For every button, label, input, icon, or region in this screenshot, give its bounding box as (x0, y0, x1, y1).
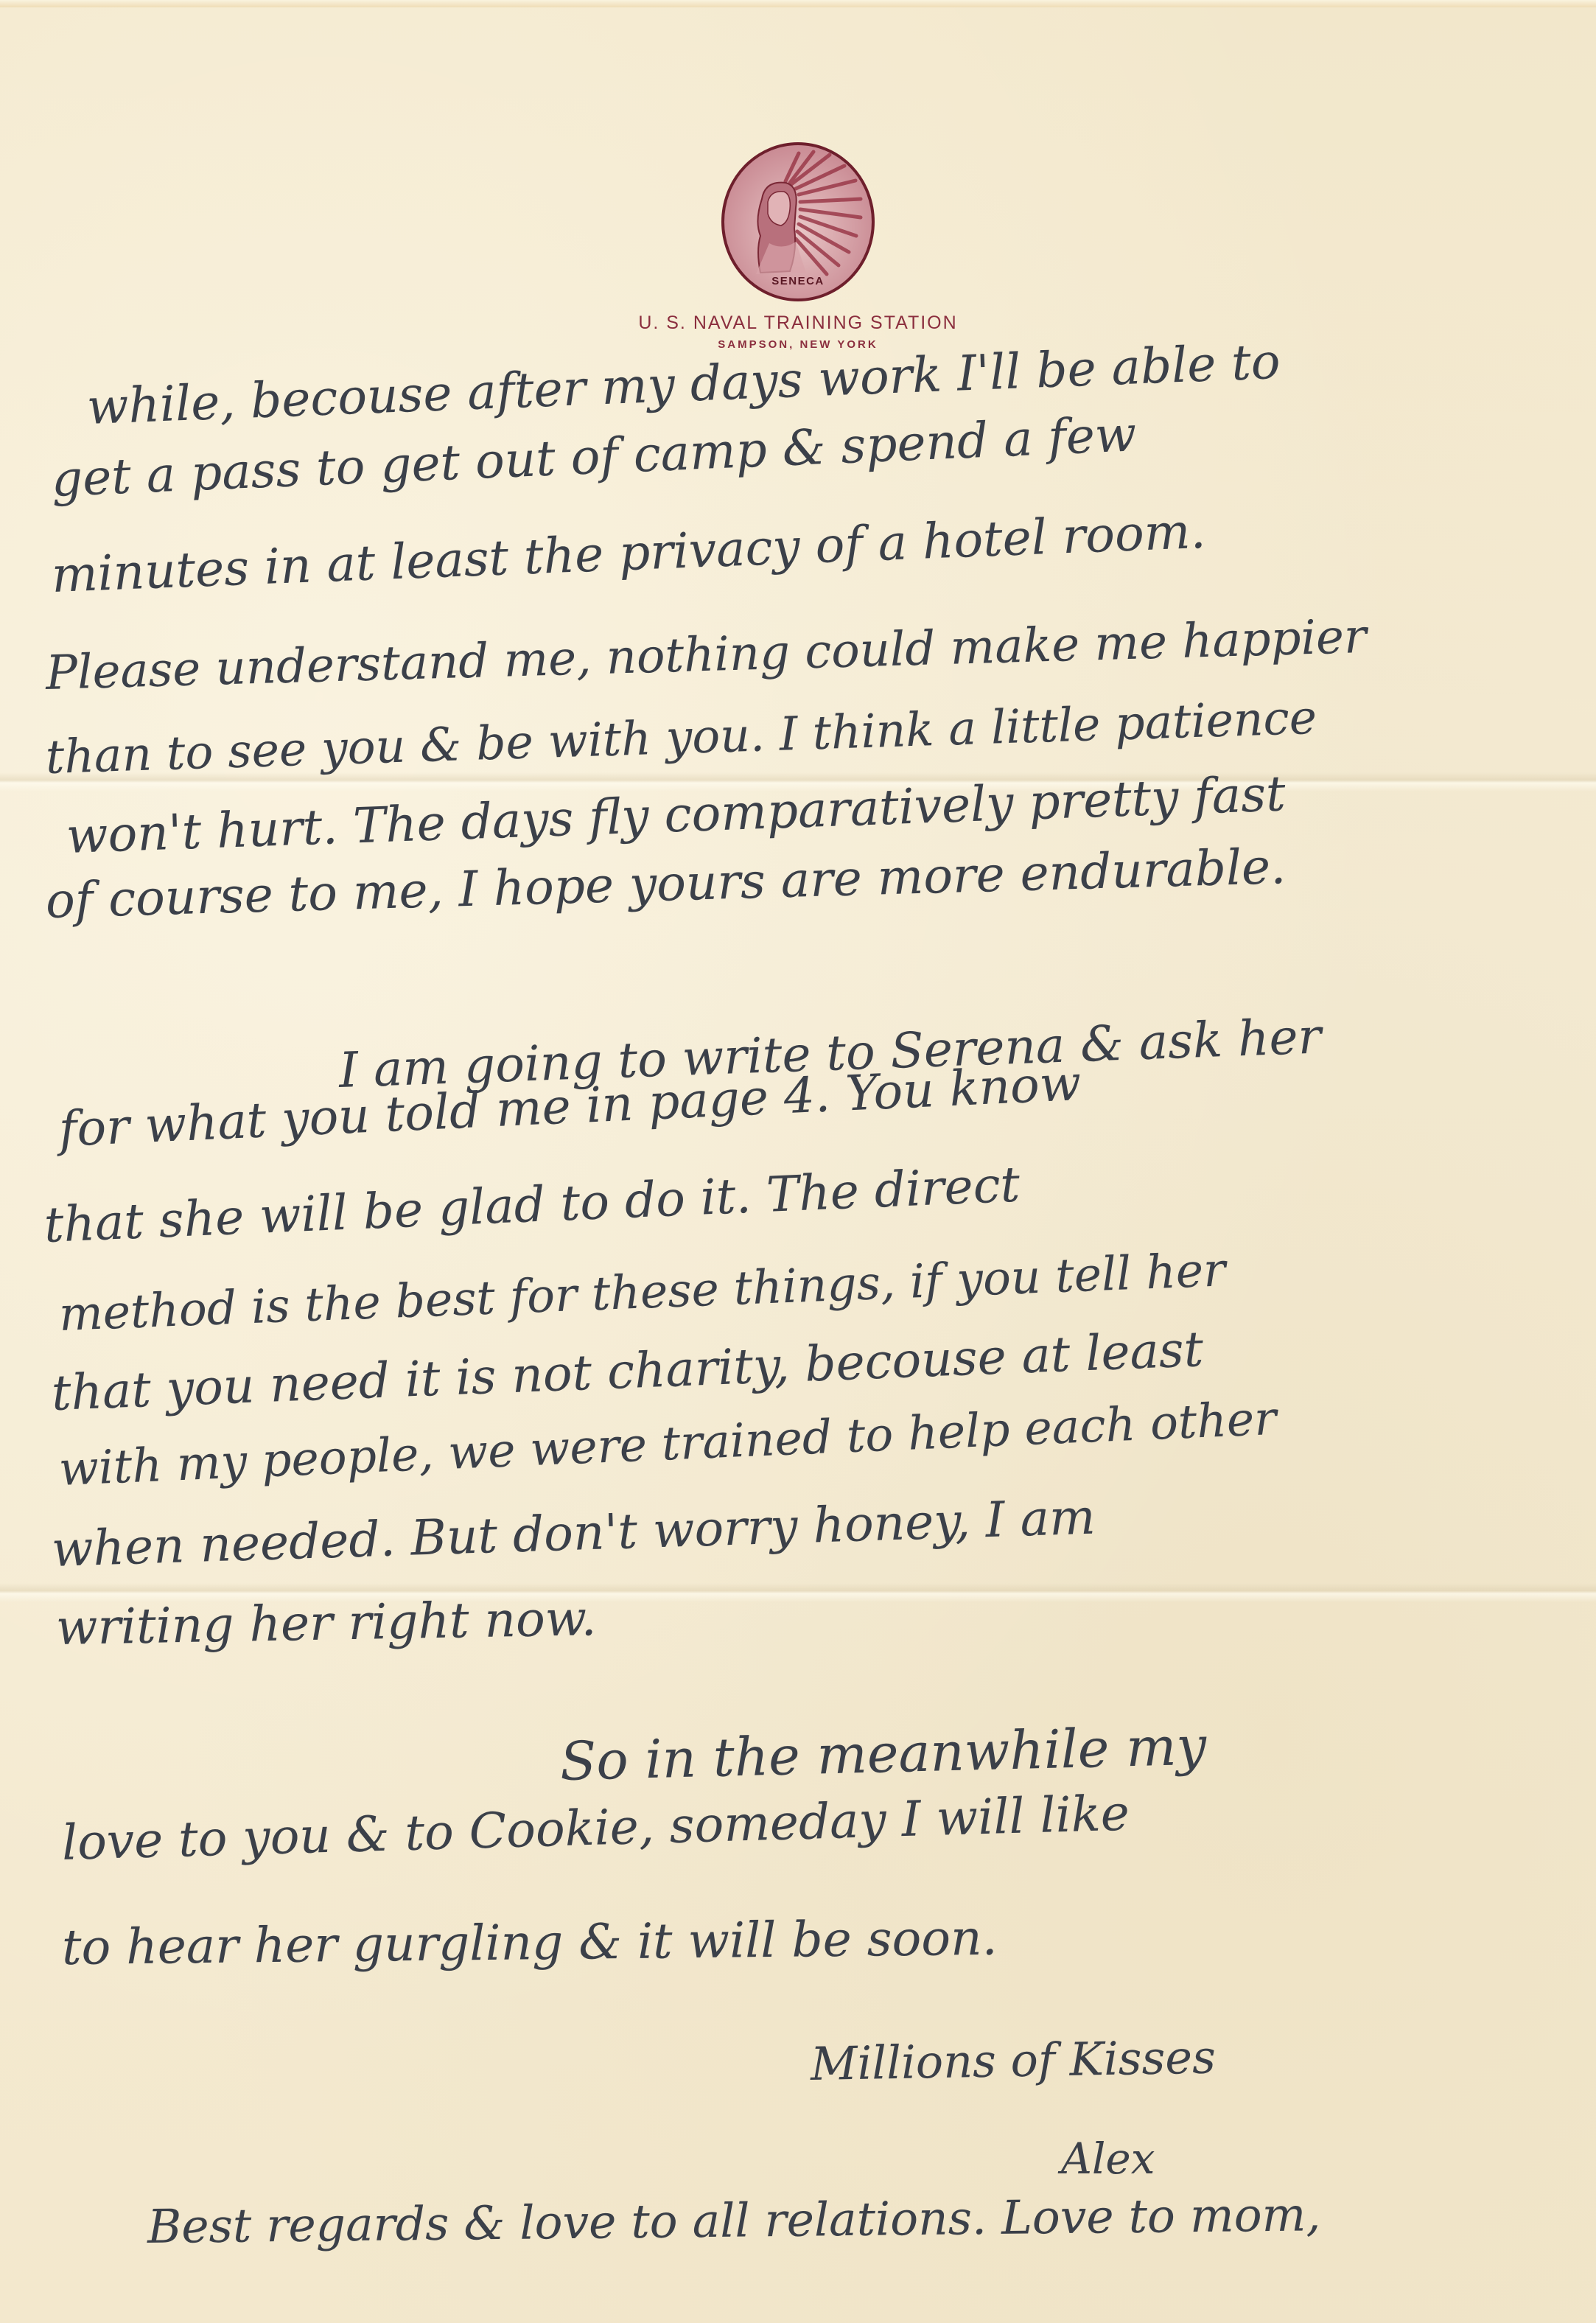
letterhead: SENECA U. S. NAVAL TRAINING STATION SAMP… (0, 140, 1596, 351)
paper-top-edge (0, 0, 1596, 7)
letter-line: So in the meanwhile my (559, 1719, 1207, 1788)
seal-label: SENECA (771, 275, 825, 287)
letterhead-subtitle: SAMPSON, NEW YORK (0, 338, 1596, 351)
valediction: Millions of Kisses (810, 2034, 1216, 2087)
postscript: Best regards & love to all relations. Lo… (147, 2191, 1321, 2250)
signature: Alex (1061, 2137, 1155, 2180)
letter-line: to hear her gurgling & it will be soon. (62, 1914, 998, 1972)
letter-line: writing her right now. (55, 1594, 596, 1652)
seneca-seal-icon: SENECA (719, 140, 877, 304)
letterhead-title: U. S. NAVAL TRAINING STATION (0, 312, 1596, 334)
